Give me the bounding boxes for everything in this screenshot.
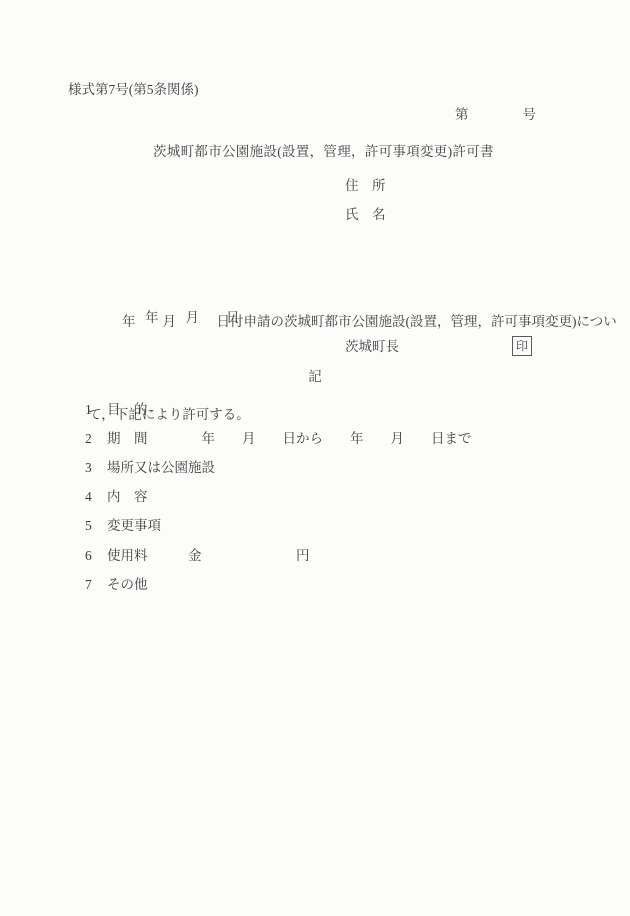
item-number: 7	[85, 578, 92, 592]
document-number-blank: 第 号	[455, 108, 536, 122]
item-label: 変更事項	[107, 519, 161, 533]
address-label: 住 所	[345, 179, 386, 193]
item-label: 目 的	[107, 403, 148, 417]
issue-date-blank: 年 月 日	[145, 311, 240, 325]
item-label: 場所又は公園施設	[107, 461, 215, 475]
item-label: その他	[107, 578, 148, 592]
item-number: 5	[85, 519, 92, 533]
item-label: 内 容	[107, 490, 148, 504]
mayor-signature-label: 茨城町長	[345, 340, 399, 354]
item-label: 使用料 金 円	[107, 549, 310, 563]
item-number: 2	[85, 432, 92, 446]
note-heading: 記	[0, 370, 630, 384]
item-number: 4	[85, 490, 92, 504]
item-number: 3	[85, 461, 92, 475]
item-label: 期 間 年 月 日から 年 月 日まで	[107, 432, 472, 446]
document-page: 様式第7号(第5条関係) 第 号 茨城町都市公園施設(設置，管理，許可事項変更)…	[0, 0, 630, 916]
body-line-2: て，下記により許可する。	[88, 399, 558, 430]
seal-character: 印	[516, 340, 528, 352]
document-title: 茨城町都市公園施設(設置，管理，許可事項変更)許可書	[153, 145, 494, 159]
name-label: 氏 名	[345, 208, 386, 222]
permission-body-paragraph: 年 月 日付申請の茨城町都市公園施設(設置，管理，許可事項変更)につい て，下記…	[88, 244, 558, 492]
seal-placeholder-icon: 印	[512, 336, 532, 356]
item-number: 6	[85, 549, 92, 563]
form-number-label: 様式第7号(第5条関係)	[68, 83, 199, 97]
item-number: 1	[85, 403, 92, 417]
